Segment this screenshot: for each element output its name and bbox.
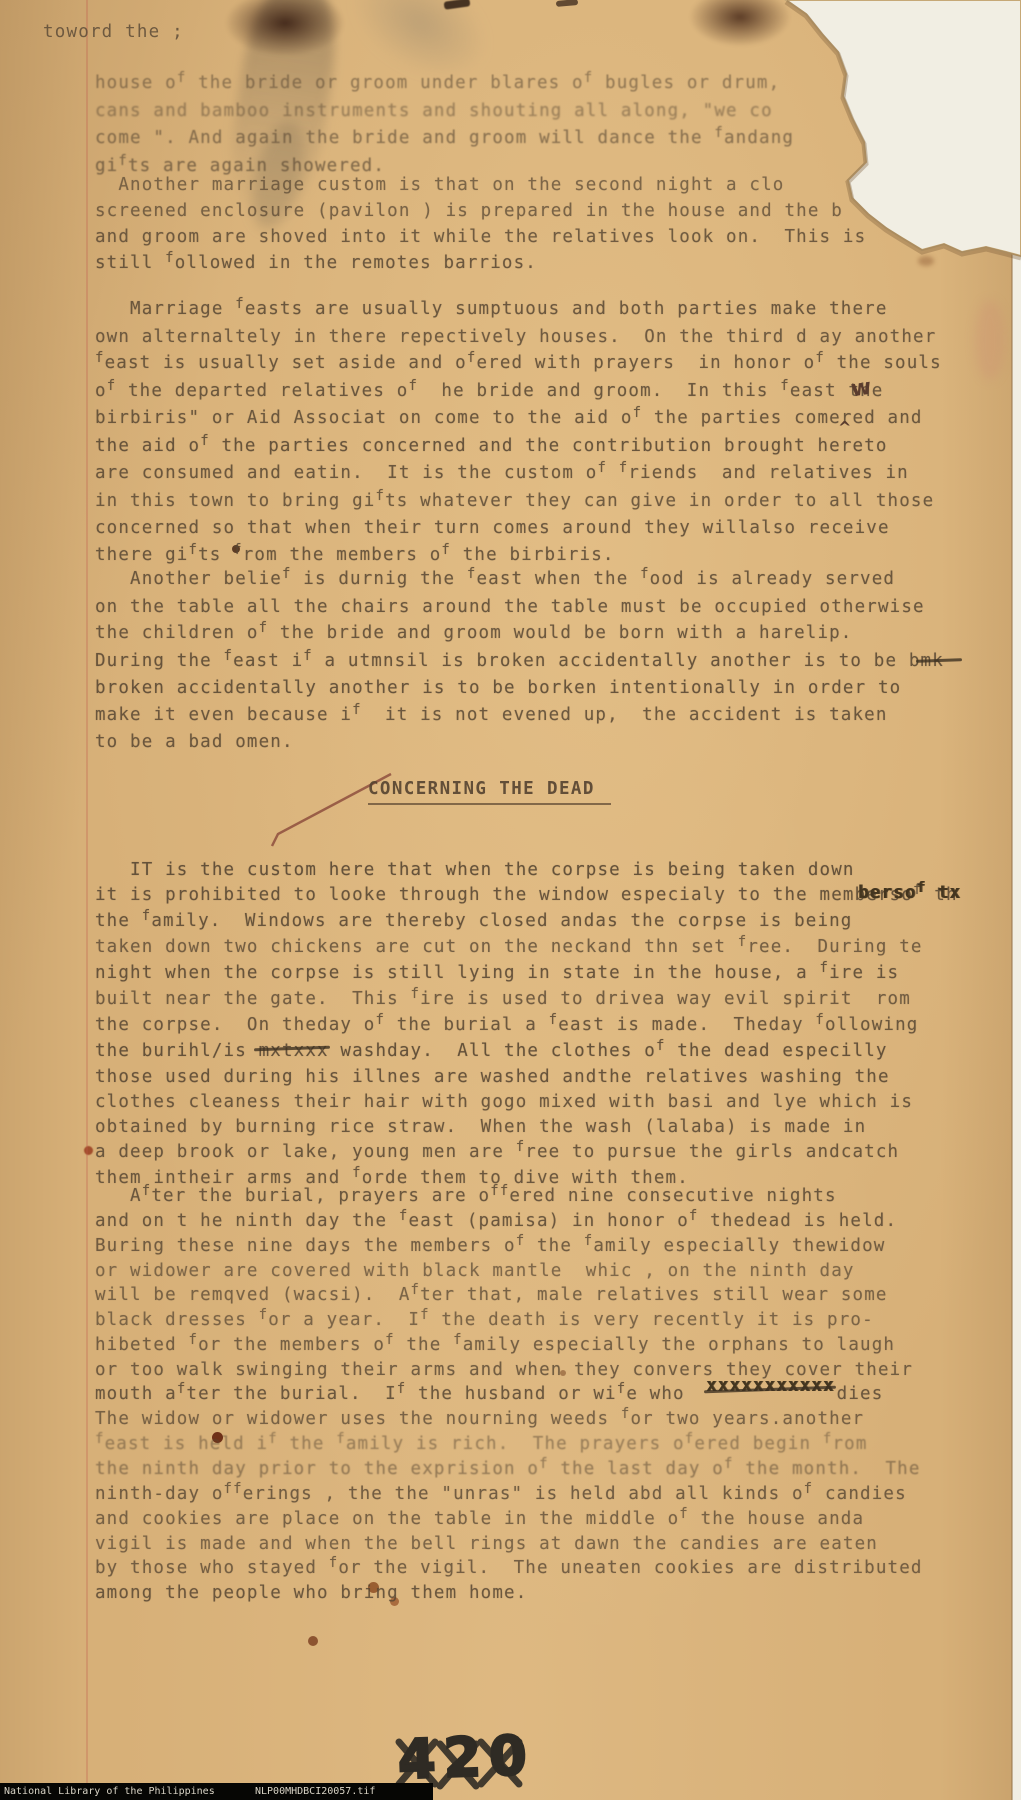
text-line: Marriage feasts are usually sumptuous an… — [95, 296, 942, 324]
text-line: the corpse. On theday of the burial a fe… — [95, 1013, 958, 1039]
text-line: in this town to bring gifts whatever the… — [95, 488, 942, 516]
scanned-paper-page: toword the ; house of the bride or groom… — [0, 0, 1021, 1800]
text-line: house of the bride or groom under blares… — [95, 70, 794, 98]
text-line: vigil is made and when the bell rings at… — [95, 1532, 923, 1556]
text-line: those used during his illnes are washed … — [95, 1065, 958, 1090]
text-line: After the burial, prayers are offered ni… — [95, 1184, 923, 1209]
text-line: broken accidentally another is to be bor… — [95, 675, 944, 702]
typewritten-paragraph: Another marriage custom is that on the s… — [95, 172, 866, 277]
text-line: Buring these nine days the members of th… — [95, 1234, 923, 1259]
footer-library-name: National Library of the Philippines — [4, 1786, 215, 1797]
text-line: by those who stayed for the vigil. The u… — [95, 1556, 923, 1581]
text-line: the children of the bride and groom woul… — [95, 620, 944, 648]
text-line: are consumed and eatin. It is the custom… — [95, 460, 942, 488]
text-line: During the feast if a utmnsil is broken … — [95, 648, 944, 676]
typewritten-paragraph: house of the bride or groom under blares… — [95, 70, 794, 181]
handwritten-correction: w — [849, 375, 873, 403]
section-heading: CONCERNING THE DEAD — [368, 779, 611, 805]
text-line: feast is held if the family is rich. The… — [95, 1432, 923, 1457]
text-line: night when the corpse is still lying in … — [95, 961, 958, 987]
text-line: on the table all the chairs around the t… — [95, 594, 944, 621]
text-line: hibeted for the members of the family es… — [95, 1333, 923, 1358]
text-line: among the people who bring them home. — [95, 1581, 923, 1605]
text-line: feast is usually set aside and ofered wi… — [95, 350, 942, 378]
text-line: taken down two chickens are cut on the n… — [95, 935, 958, 961]
text-line: and on t he ninth day the feast (pamisa)… — [95, 1209, 923, 1234]
text-line: make it even because if it is not evened… — [95, 702, 944, 730]
scan-footer-bar: National Library of the Philippines NLP0… — [0, 1783, 433, 1800]
text-line: built near the gate. This fire is used t… — [95, 987, 958, 1013]
text-line: a deep brook or lake, young men are free… — [95, 1140, 958, 1166]
handwritten-correction: ^ — [838, 418, 851, 437]
text-line: the burihl/is mxtxxx washday. All the cl… — [95, 1039, 958, 1065]
text-line: The widow or widower uses the nourning w… — [95, 1407, 923, 1432]
text-line: come ". And again the bride and groom wi… — [95, 125, 794, 153]
text-line: there gifts from the members of the birb… — [95, 542, 942, 570]
text-line: and groom are shoved into it while the r… — [95, 224, 866, 250]
text-line: the family. Windows are thereby closed a… — [95, 909, 958, 935]
typewritten-paragraph: Another belief is durnig the feast when … — [95, 566, 944, 756]
text-line: the aid of the parties concerned and the… — [95, 433, 942, 461]
typewritten-paragraph: IT is the custom here that when the corp… — [95, 858, 958, 1192]
text-line: Another marriage custom is that on the s… — [95, 172, 866, 198]
text-line: of the departed relatives of he bride an… — [95, 378, 942, 406]
text-line: own alternaltely in there repectively ho… — [95, 324, 942, 351]
text-line: ninth-day offerings , the the "unras" is… — [95, 1482, 923, 1507]
text-line: to be a bad omen. — [95, 729, 944, 756]
text-line: will be remqved (wacsi). After that, mal… — [95, 1283, 923, 1308]
text-line: obtained by burning rice straw. When the… — [95, 1115, 958, 1140]
text-line: IT is the custom here that when the corp… — [95, 858, 958, 883]
text-line: or widower are covered with black mantle… — [95, 1259, 923, 1283]
overtyped-text: bersof tx — [858, 883, 961, 903]
text-line: black dresses for a year. If the death i… — [95, 1308, 923, 1333]
typewritten-paragraph: Marriage feasts are usually sumptuous an… — [95, 296, 942, 569]
text-line: birbiris" or Aid Associat on come to the… — [95, 405, 942, 433]
text-line: concerned so that when their turn comes … — [95, 515, 942, 542]
typewritten-text-layer: house of the bride or groom under blares… — [0, 0, 1021, 1800]
text-line: Another belief is durnig the feast when … — [95, 566, 944, 594]
text-line: it is prohibited to looke through the wi… — [95, 883, 958, 909]
text-line: and cookies are place on the table in th… — [95, 1507, 923, 1532]
text-line: still followed in the remotes barrios. — [95, 250, 866, 277]
text-line: screened enclosure (pavilon ) is prepare… — [95, 198, 866, 224]
handwritten-page-number: 420 — [397, 1724, 536, 1792]
text-line: clothes cleaness their hair with gogo mi… — [95, 1090, 958, 1115]
footer-filename: NLP00MHDBCI20057.tif — [255, 1786, 375, 1797]
text-line: the ninth day prior to the exprision of … — [95, 1457, 923, 1482]
text-line: cans and bamboo instruments and shouting… — [95, 98, 794, 125]
